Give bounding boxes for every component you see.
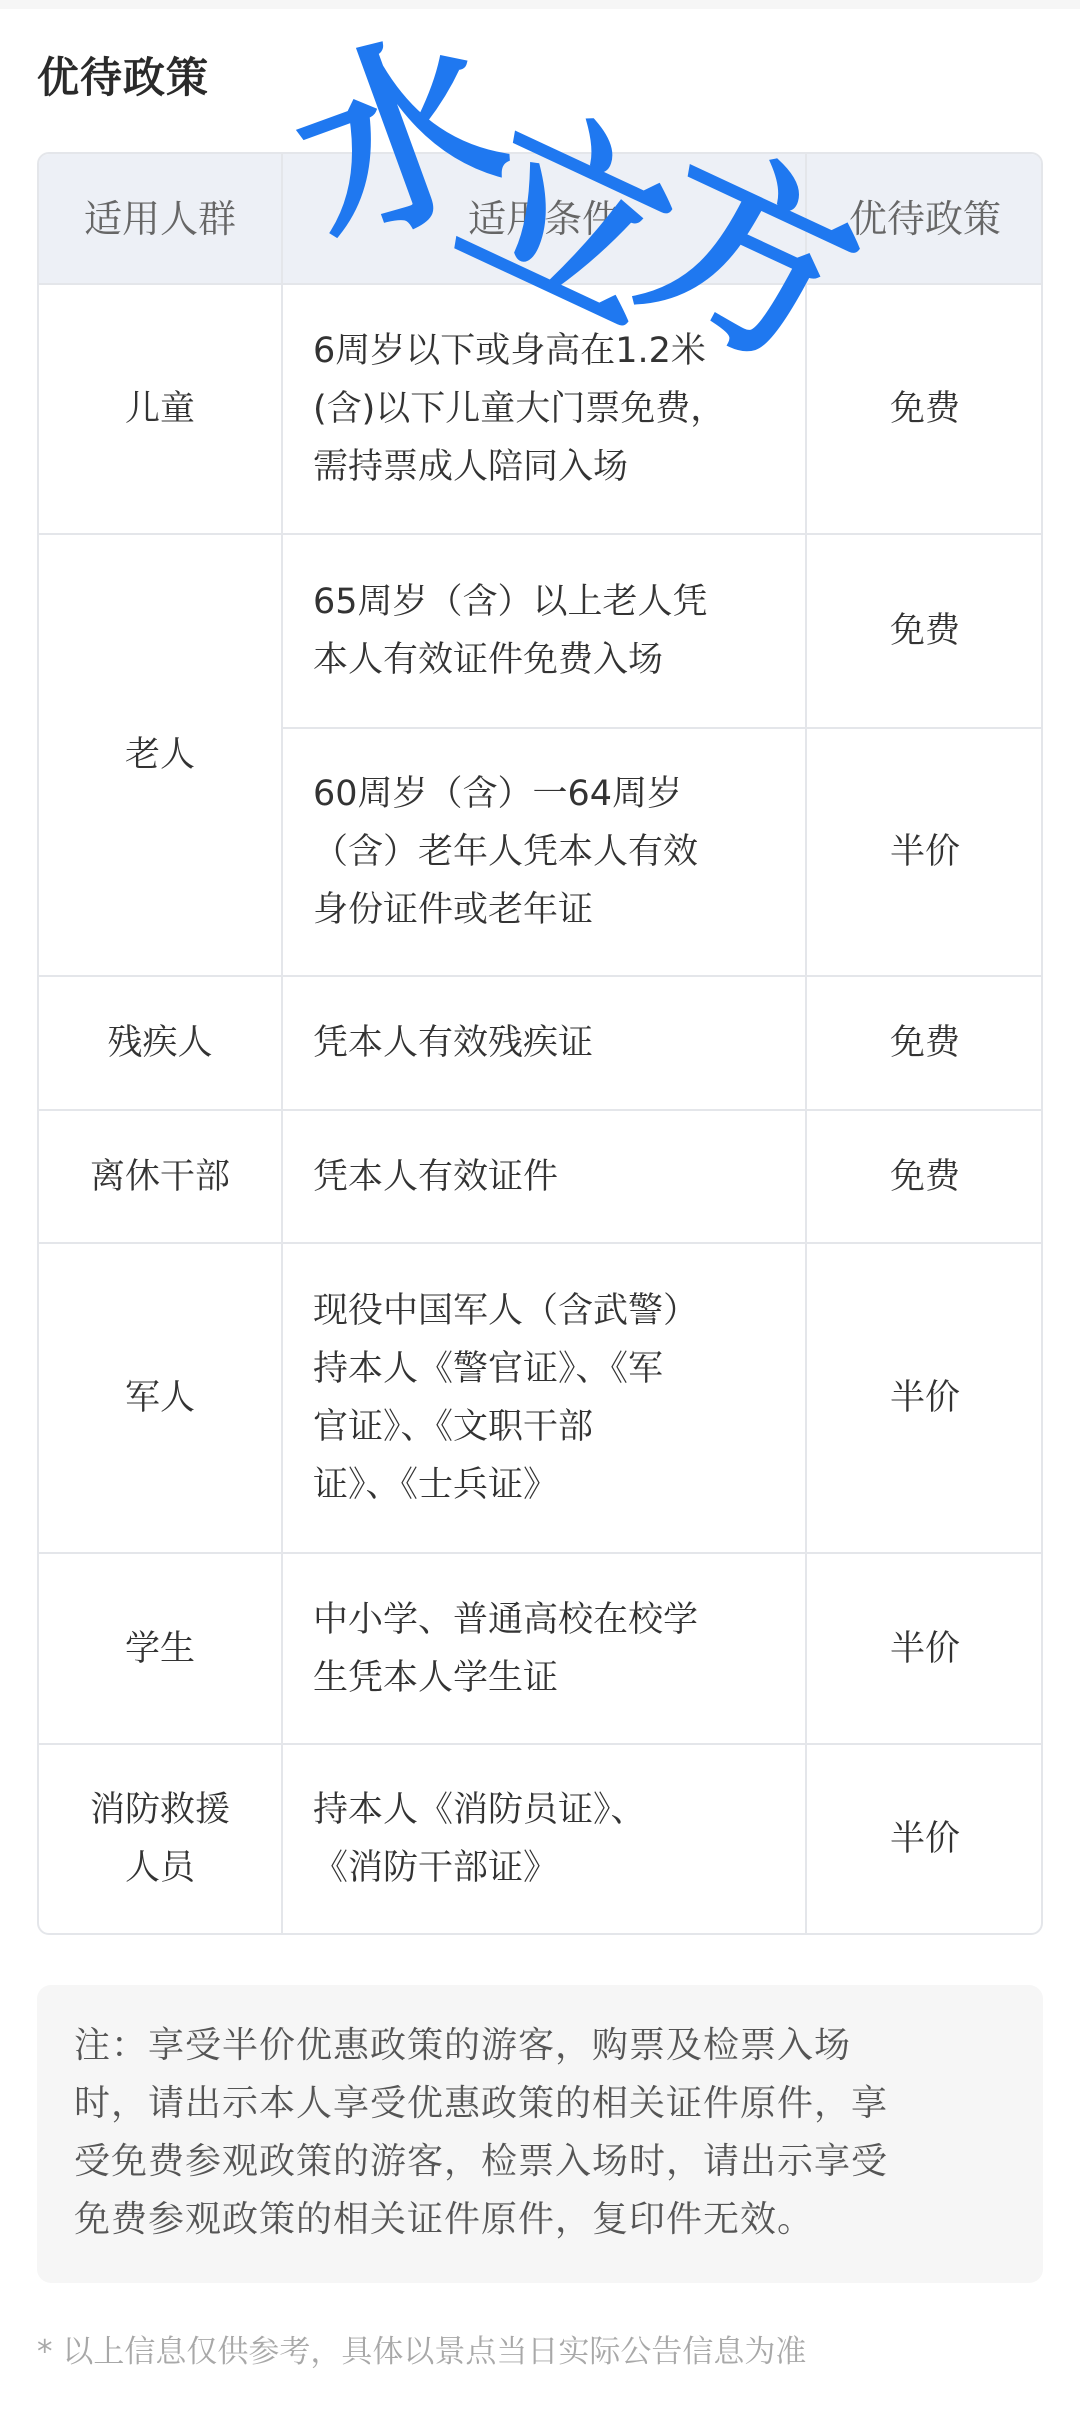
- condition-line: 6周岁以下或身高在1.2米: [313, 322, 725, 380]
- policy-table: 适用人群 适用条件 优待政策 儿童 6周岁以下或身高在1.2米 (含)以下儿童大…: [37, 152, 1043, 1935]
- policy-disabled: 免费: [807, 977, 1043, 1111]
- condition-firefighters: 持本人《消防员证》、 《消防干部证》: [283, 1745, 807, 1933]
- policy-students: 半价: [807, 1554, 1043, 1745]
- disclaimer-text: * 以上信息仅供参考，具体以景点当日实际公告信息为准: [37, 2330, 806, 2374]
- condition-line: 凭本人有效证件: [313, 1148, 558, 1206]
- policy-elderly-65: 免费: [807, 535, 1043, 729]
- group-firefighters: 消防救援 人员: [39, 1745, 283, 1933]
- condition-elderly-60: 60周岁（含）一64周岁 （含）老年人凭本人有效 身份证件或老年证: [283, 729, 807, 977]
- condition-retired-cadres: 凭本人有效证件: [283, 1111, 807, 1244]
- top-strip: [0, 0, 1080, 9]
- group-elderly: 老人: [39, 535, 283, 977]
- group-students: 学生: [39, 1554, 283, 1745]
- condition-elderly-65: 65周岁（含）以上老人凭 本人有效证件免费入场: [283, 535, 807, 729]
- condition-line: 生凭本人学生证: [313, 1649, 698, 1707]
- group-children: 儿童: [39, 285, 283, 535]
- condition-line: 证》、《士兵证》: [313, 1456, 698, 1514]
- group-military: 军人: [39, 1244, 283, 1554]
- header-group: 适用人群: [39, 154, 283, 285]
- note-box: 注：享受半价优惠政策的游客，购票及检票入场 时，请出示本人享受优惠政策的相关证件…: [37, 1985, 1043, 2283]
- condition-line: （含）老年人凭本人有效: [313, 823, 698, 881]
- note-line: 免费参观政策的相关证件原件，复印件无效。: [74, 2191, 1005, 2249]
- condition-disabled: 凭本人有效残疾证: [283, 977, 807, 1111]
- condition-students: 中小学、普通高校在校学 生凭本人学生证: [283, 1554, 807, 1745]
- condition-line: 身份证件或老年证: [313, 881, 698, 939]
- condition-line: 现役中国军人（含武警）: [313, 1282, 698, 1340]
- condition-military: 现役中国军人（含武警） 持本人《警官证》、《军 官证》、《文职干部 证》、《士兵…: [283, 1244, 807, 1554]
- condition-line: 60周岁（含）一64周岁: [313, 765, 698, 823]
- policy-retired-cadres: 免费: [807, 1111, 1043, 1244]
- condition-line: 持本人《消防员证》、: [313, 1781, 646, 1839]
- note-line: 受免费参观政策的游客，检票入场时，请出示享受: [74, 2133, 1005, 2191]
- header-condition: 适用条件: [283, 154, 807, 285]
- policy-elderly-60: 半价: [807, 729, 1043, 977]
- note-line: 时，请出示本人享受优惠政策的相关证件原件，享: [74, 2075, 1005, 2133]
- condition-line: 凭本人有效残疾证: [313, 1014, 593, 1072]
- condition-line: (含)以下儿童大门票免费，: [313, 380, 725, 438]
- condition-line: 《消防干部证》: [313, 1839, 646, 1897]
- condition-children: 6周岁以下或身高在1.2米 (含)以下儿童大门票免费， 需持票成人陪同入场: [283, 285, 807, 535]
- condition-line: 持本人《警官证》、《军: [313, 1340, 698, 1398]
- condition-line: 65周岁（含）以上老人凭: [313, 573, 708, 631]
- note-line: 注：享受半价优惠政策的游客，购票及检票入场: [74, 2017, 1005, 2075]
- group-disabled: 残疾人: [39, 977, 283, 1111]
- policy-military: 半价: [807, 1244, 1043, 1554]
- group-label-line: 消防救援: [90, 1781, 230, 1839]
- condition-line: 需持票成人陪同入场: [313, 438, 725, 496]
- condition-line: 官证》、《文职干部: [313, 1398, 698, 1456]
- policy-children: 免费: [807, 285, 1043, 535]
- condition-line: 本人有效证件免费入场: [313, 631, 708, 689]
- page-title: 优待政策: [37, 48, 209, 108]
- condition-line: 中小学、普通高校在校学: [313, 1591, 698, 1649]
- policy-firefighters: 半价: [807, 1745, 1043, 1933]
- group-retired-cadres: 离休干部: [39, 1111, 283, 1244]
- group-label-line: 人员: [90, 1839, 230, 1897]
- header-policy: 优待政策: [807, 154, 1043, 285]
